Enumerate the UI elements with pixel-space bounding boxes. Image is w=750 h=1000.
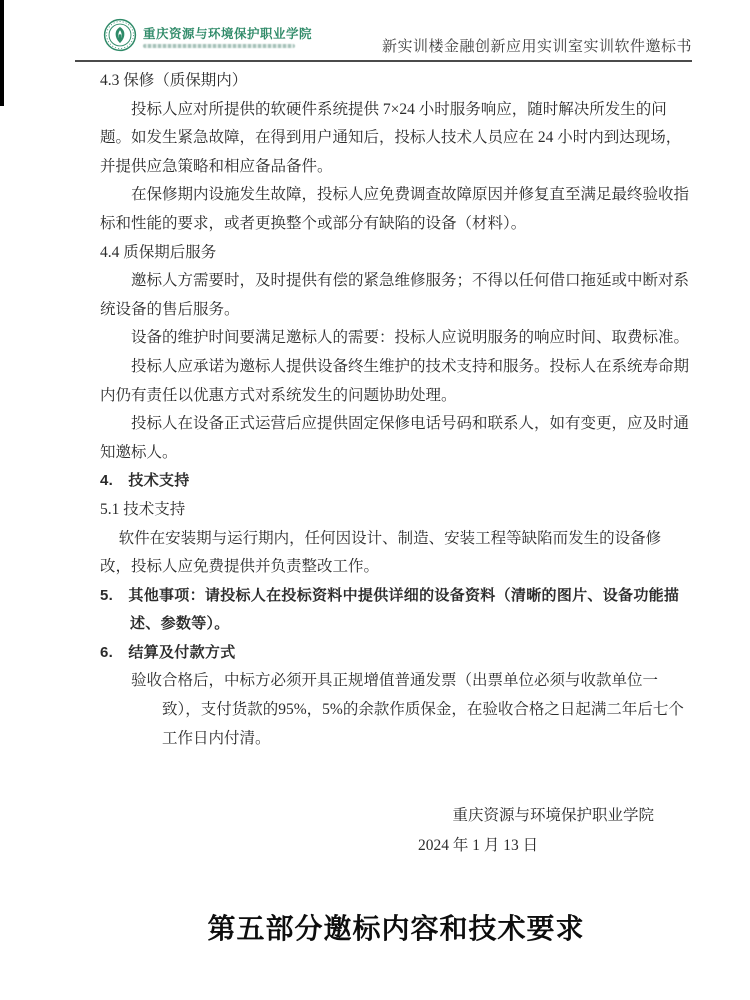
paragraph-warranty-repair: 在保修期内设施发生故障，投标人应免费调查故障原因并修复直至满足最终验收指标和性能…: [100, 181, 692, 238]
signature-block: 重庆资源与环境保护职业学院 2024 年 1 月 13 日: [100, 801, 692, 861]
paragraph-payment-terms: 验收合格后，中标方必须开具正规增值普通发票（出票单位必须与收款单位一致），支付货…: [100, 667, 692, 753]
paragraph-free-rectification: 软件在安装期与运行期内，任何因设计、制造、安装工程等缺陷而发生的设备修改，投标人…: [100, 525, 692, 582]
college-logo-name: 重庆资源与环境保护职业学院: [143, 28, 312, 41]
college-logo-subtitle-blurred: [143, 44, 295, 48]
part-five-title: 第五部分邀标内容和技术要求: [100, 907, 692, 947]
paragraph-maintenance-time: 设备的维护时间要满足邀标人的需要：投标人应说明服务的响应时间、取费标准。: [100, 324, 692, 353]
page-header: 重庆资源与环境保护职业学院 新实训楼金融创新应用实训室实训软件邀标书: [75, 18, 692, 62]
college-emblem-icon: [103, 18, 137, 57]
heading-6-payment-method: 6. 结算及付款方式: [100, 639, 692, 668]
college-logo: 重庆资源与环境保护职业学院: [103, 18, 312, 57]
paragraph-service-response: 投标人应对所提供的软硬件系统提供 7×24 小时服务响应，随时解决所发生的问题。…: [100, 96, 692, 182]
document-page: 重庆资源与环境保护职业学院 新实训楼金融创新应用实训室实训软件邀标书 4.3 保…: [0, 0, 750, 1000]
paragraph-paid-maintenance: 邀标人方需要时，及时提供有偿的紧急维修服务；不得以任何借口拖延或中断对系统设备的…: [100, 267, 692, 324]
heading-5-1-tech-support: 5.1 技术支持: [100, 496, 692, 525]
heading-4-3-warranty: 4.3 保修（质保期内）: [100, 67, 692, 96]
document-body: 4.3 保修（质保期内） 投标人应对所提供的软硬件系统提供 7×24 小时服务响…: [100, 67, 692, 753]
heading-5-other-items: 5. 其他事项：请投标人在投标资料中提供详细的设备资料（清晰的图片、设备功能描述…: [100, 582, 692, 639]
document-header-title: 新实训楼金融创新应用实训室实训软件邀标书: [382, 35, 692, 57]
paragraph-lifetime-support: 投标人应承诺为邀标人提供设备终生维护的技术支持和服务。投标人在系统寿命期内仍有责…: [100, 353, 692, 410]
heading-4-tech-support: 4. 技术支持: [100, 467, 692, 496]
heading-4-4-post-warranty: 4.4 质保期后服务: [100, 239, 692, 268]
paragraph-hotline-contact: 投标人在设备正式运营后应提供固定保修电话号码和联系人，如有变更，应及时通知邀标人…: [100, 410, 692, 467]
signature-organization: 重庆资源与环境保护职业学院: [100, 801, 692, 831]
signature-date: 2024 年 1 月 13 日: [100, 831, 692, 861]
college-logo-text-block: 重庆资源与环境保护职业学院: [143, 28, 312, 48]
